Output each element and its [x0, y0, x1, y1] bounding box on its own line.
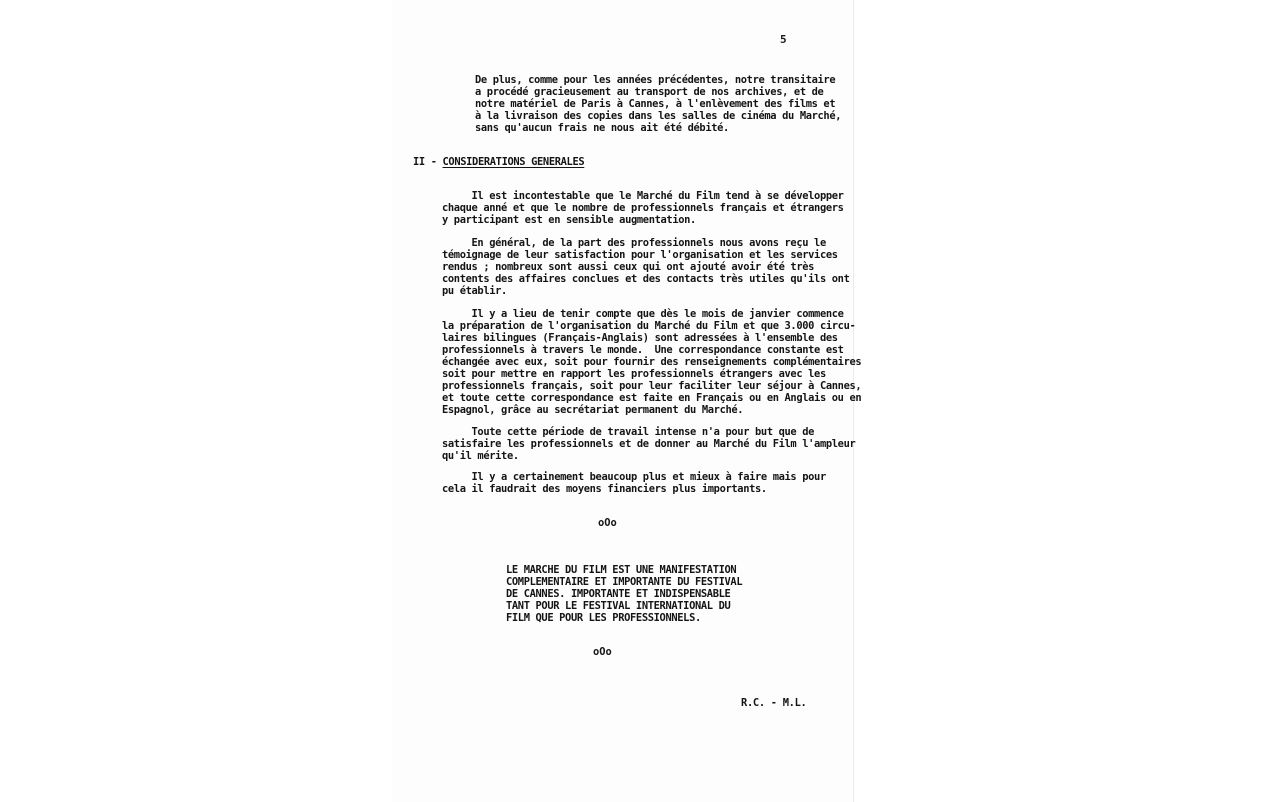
text-line: professionnels à travers le monde. Une c… — [442, 344, 844, 356]
text-line: sans qu'aucun frais ne nous ait été débi… — [475, 122, 729, 134]
text-line: la préparation de l'organisation du Marc… — [442, 320, 855, 332]
text-line: De plus, comme pour les années précédent… — [475, 74, 835, 86]
text-line: En général, de la part des professionnel… — [442, 237, 826, 249]
text-line: Espagnol, grâce au secrétariat permanent… — [442, 404, 743, 416]
text-line: laires bilingues (Français-Anglais) sont… — [442, 332, 838, 344]
text-line: y participant est en sensible augmentati… — [442, 214, 696, 226]
text-line: professionnels français, soit pour leur … — [442, 380, 861, 392]
text-line: et toute cette correspondance est faite … — [442, 392, 861, 404]
page-number: 5 — [780, 33, 787, 46]
text-line: LE MARCHE DU FILM EST UNE MANIFESTATION — [506, 564, 736, 576]
text-line: qu'il mérite. — [442, 450, 519, 462]
text-line: satisfaire les professionnels et de donn… — [442, 438, 855, 450]
text-line: rendus ; nombreux sont aussi ceux qui on… — [442, 261, 814, 273]
section-number: II - — [413, 156, 443, 168]
text-line: a procédé gracieusement au transport de … — [475, 86, 823, 98]
text-line: contents des affaires conclues et des co… — [442, 273, 850, 285]
text-line: Il est incontestable que le Marché du Fi… — [442, 190, 844, 202]
text-line: Toute cette période de travail intense n… — [442, 426, 814, 438]
text-line: cela il faudrait des moyens financiers p… — [442, 483, 767, 495]
section-heading: II - CONSIDERATIONS GENERALES — [413, 156, 584, 168]
section-title: CONSIDERATIONS GENERALES — [443, 156, 585, 168]
text-line: Il y a certainement beaucoup plus et mie… — [442, 471, 826, 483]
text-line: échangée avec eux, soit pour fournir des… — [442, 356, 861, 368]
separator-ooo: oOo — [593, 646, 612, 658]
text-line: TANT POUR LE FESTIVAL INTERNATIONAL DU — [506, 600, 730, 612]
text-line: COMPLEMENTAIRE ET IMPORTANTE DU FESTIVAL — [506, 576, 742, 588]
text-line: Il y a lieu de tenir compte que dès le m… — [442, 308, 844, 320]
text-line: témoignage de leur satisfaction pour l'o… — [442, 249, 838, 261]
text-line: pu établir. — [442, 285, 507, 297]
text-line: chaque anné et que le nombre de professi… — [442, 202, 844, 214]
signature-initials: R.C. - M.L. — [741, 697, 807, 709]
separator-ooo: oOo — [598, 517, 617, 529]
text-line: DE CANNES. IMPORTANTE ET INDISPENSABLE — [506, 588, 730, 600]
text-line: FILM QUE POUR LES PROFESSIONNELS. — [506, 612, 701, 624]
text-line: soit pour mettre en rapport les professi… — [442, 368, 826, 380]
text-line: à la livraison des copies dans les salle… — [475, 110, 841, 122]
text-line: notre matériel de Paris à Cannes, à l'en… — [475, 98, 835, 110]
